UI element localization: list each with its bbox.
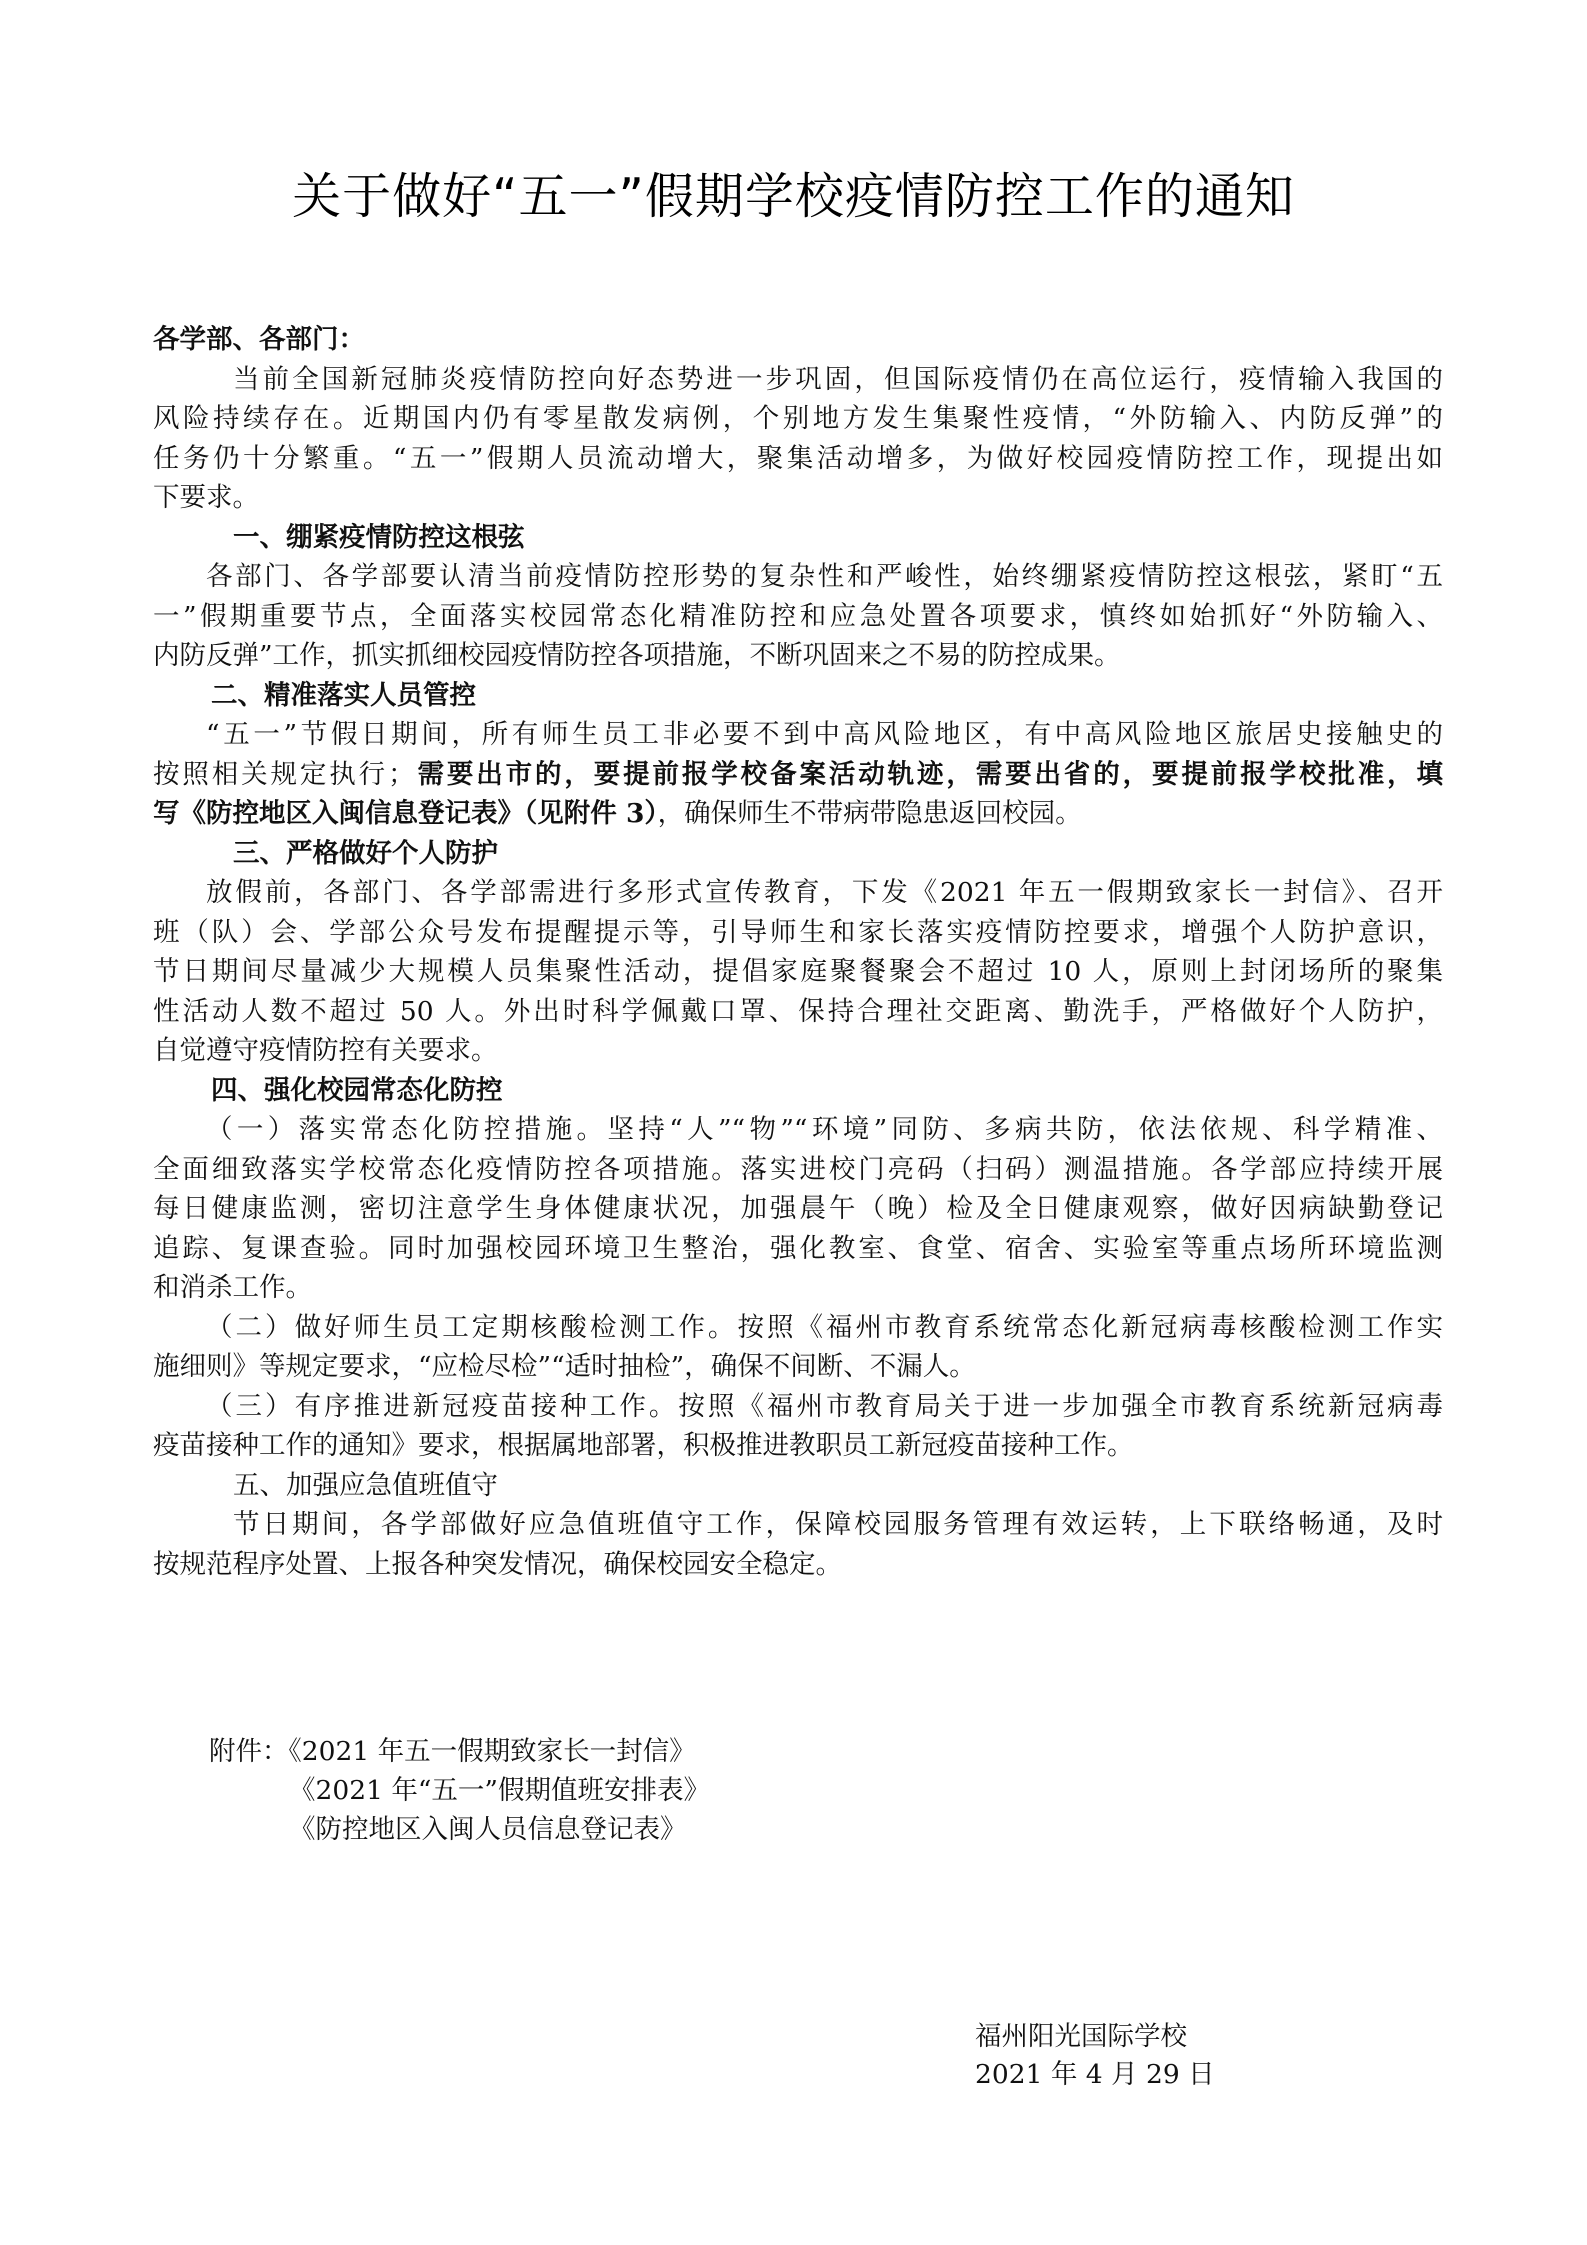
section-heading: 四、强化校园常态化防控 <box>153 1071 1443 1111</box>
section-2: 二、精准落实人员管控 “五一”节假日期间，所有师生员工非必要不到中高风险地区，有… <box>153 676 1443 834</box>
salutation: 各学部、各部门： <box>153 320 1443 360</box>
section-1: 一、绷紧疫情防控这根弦 各部门、各学部要认清当前疫情防控形势的复杂性和严峻性，始… <box>153 518 1443 676</box>
section-heading: 五、加强应急值班值守 <box>153 1466 1443 1506</box>
paragraph-line: 疫苗接种工作的通知》要求，根据属地部署，积极推进教职员工新冠疫苗接种工作。 <box>153 1426 1443 1466</box>
paragraph-line: 追踪、复课查验。同时加强校园环境卫生整治，强化教室、食堂、宿舍、实验室等重点场所… <box>153 1229 1443 1269</box>
attachments-label: 附件： <box>209 1736 289 1767</box>
paragraph-line: 一”假期重要节点，全面落实校园常态化精准防控和应急处置各项要求，慎终如始抓好“外… <box>153 597 1443 637</box>
section-heading: 一、绷紧疫情防控这根弦 <box>153 518 1443 558</box>
signature-organization: 福州阳光国际学校 <box>975 2018 1215 2056</box>
paragraph-line: 节日期间尽量减少大规模人员集聚性活动，提倡家庭聚餐聚会不超过 10 人，原则上封… <box>153 952 1443 992</box>
paragraph-line: 风险持续存在。近期国内仍有零星散发病例，个别地方发生集聚性疫情，“外防输入、内防… <box>153 399 1443 439</box>
intro-paragraph: 当前全国新冠肺炎疫情防控向好态势进一步巩固，但国际疫情仍在高位运行，疫情输入我国… <box>153 360 1443 518</box>
attachment-item: 《防控地区入闽人员信息登记表》 <box>209 1810 710 1849</box>
paragraph-line: 班（队）会、学部公众号发布提醒提示等，引导师生和家长落实疫情防控要求，增强个人防… <box>153 913 1443 953</box>
text-bold-emphasis: 写《防控地区入闽信息登记表》（见附件 3） <box>153 798 658 829</box>
section-4: 四、强化校园常态化防控 （一）落实常态化防控措施。坚持“人”“物”“环境”同防、… <box>153 1071 1443 1466</box>
attachment-title: 《2021 年五一假期致家长一封信》 <box>289 1736 696 1767</box>
paragraph-line: 性活动人数不超过 50 人。外出时科学佩戴口罩、保持合理社交距离、勤洗手，严格做… <box>153 992 1443 1032</box>
section-3: 三、严格做好个人防护 放假前，各部门、各学部需进行多形式宣传教育，下发《2021… <box>153 834 1443 1071</box>
section-heading: 三、严格做好个人防护 <box>153 834 1443 874</box>
paragraph-line: （二）做好师生员工定期核酸检测工作。按照《福州市教育系统常态化新冠病毒核酸检测工… <box>153 1308 1443 1348</box>
paragraph-line: 和消杀工作。 <box>153 1268 1443 1308</box>
paragraph-line: 按规范程序处置、上报各种突发情况，确保校园安全稳定。 <box>153 1545 1443 1585</box>
paragraph-line: 每日健康监测，密切注意学生身体健康状况，加强晨午（晚）检及全日健康观察，做好因病… <box>153 1189 1443 1229</box>
paragraph-line: 下要求。 <box>153 478 1443 518</box>
paragraph-line: 自觉遵守疫情防控有关要求。 <box>153 1031 1443 1071</box>
text-bold-emphasis: 需要出市的，要提前报学校备案活动轨迹，需要出省的，要提前报学校批准，填 <box>415 759 1443 790</box>
paragraph-line: （一）落实常态化防控措施。坚持“人”“物”“环境”同防、多病共防，依法依规、科学… <box>153 1110 1443 1150</box>
paragraph-line: 施细则》等规定要求，“应检尽检”“适时抽检”，确保不间断、不漏人。 <box>153 1347 1443 1387</box>
attachment-item: 《2021 年“五一”假期值班安排表》 <box>209 1771 710 1810</box>
paragraph-line: 放假前，各部门、各学部需进行多形式宣传教育，下发《2021 年五一假期致家长一封… <box>153 873 1443 913</box>
section-heading: 二、精准落实人员管控 <box>153 676 1443 716</box>
text-plain: 按照相关规定执行； <box>153 759 415 790</box>
paragraph-line: 按照相关规定执行；需要出市的，要提前报学校备案活动轨迹，需要出省的，要提前报学校… <box>153 755 1443 795</box>
paragraph-line: 全面细致落实学校常态化疫情防控各项措施。落实进校门亮码（扫码）测温措施。各学部应… <box>153 1150 1443 1190</box>
paragraph-line: 任务仍十分繁重。“五一”假期人员流动增大，聚集活动增多，为做好校园疫情防控工作，… <box>153 439 1443 479</box>
signature-date: 2021 年 4 月 29 日 <box>975 2056 1215 2094</box>
attachments-list: 附件：《2021 年五一假期致家长一封信》 《2021 年“五一”假期值班安排表… <box>209 1732 710 1849</box>
document-body: 各学部、各部门： 当前全国新冠肺炎疫情防控向好态势进一步巩固，但国际疫情仍在高位… <box>153 320 1443 1584</box>
text-plain: ，确保师生不带病带隐患返回校园。 <box>658 798 1082 829</box>
attachment-item: 附件：《2021 年五一假期致家长一封信》 <box>209 1732 710 1771</box>
paragraph-line: 各部门、各学部要认清当前疫情防控形势的复杂性和严峻性，始终绷紧疫情防控这根弦，紧… <box>153 557 1443 597</box>
paragraph-line: （三）有序推进新冠疫苗接种工作。按照《福州市教育局关于进一步加强全市教育系统新冠… <box>153 1387 1443 1427</box>
paragraph-line: “五一”节假日期间，所有师生员工非必要不到中高风险地区，有中高风险地区旅居史接触… <box>153 715 1443 755</box>
document-title: 关于做好“五一”假期学校疫情防控工作的通知 <box>0 158 1587 228</box>
paragraph-line: 内防反弹”工作，抓实抓细校园疫情防控各项措施，不断巩固来之不易的防控成果。 <box>153 636 1443 676</box>
paragraph-line: 当前全国新冠肺炎疫情防控向好态势进一步巩固，但国际疫情仍在高位运行，疫情输入我国… <box>153 360 1443 400</box>
paragraph-line: 节日期间，各学部做好应急值班值守工作，保障校园服务管理有效运转，上下联络畅通，及… <box>153 1505 1443 1545</box>
paragraph-line: 写《防控地区入闽信息登记表》（见附件 3），确保师生不带病带隐患返回校园。 <box>153 794 1443 834</box>
signature-block: 福州阳光国际学校 2021 年 4 月 29 日 <box>975 2018 1215 2094</box>
document-page: 关于做好“五一”假期学校疫情防控工作的通知 各学部、各部门： 当前全国新冠肺炎疫… <box>0 0 1587 2245</box>
section-5: 五、加强应急值班值守 节日期间，各学部做好应急值班值守工作，保障校园服务管理有效… <box>153 1466 1443 1585</box>
